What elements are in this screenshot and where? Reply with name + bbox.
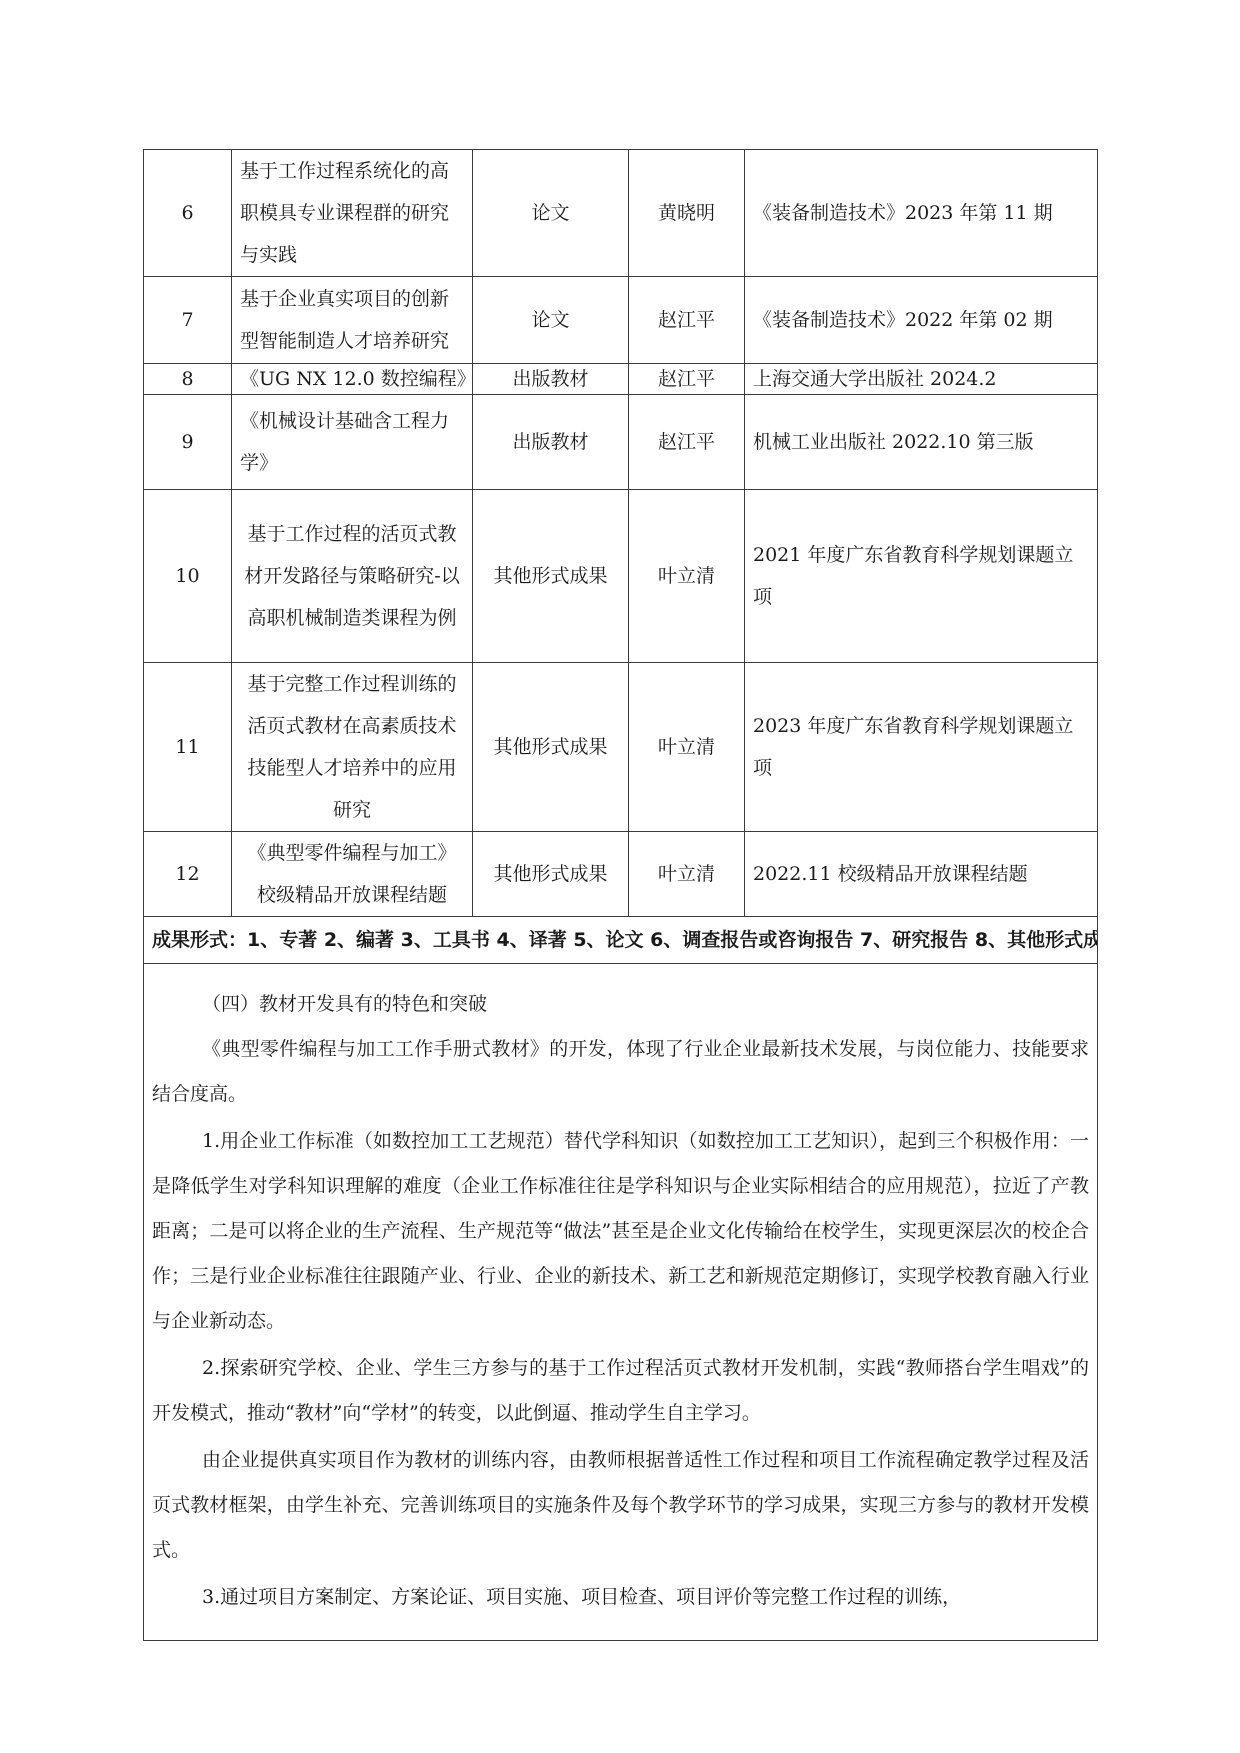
result-type: 出版教材 (473, 364, 629, 395)
result-source: 2021 年度广东省教育科学规划课题立项 (745, 490, 1098, 663)
result-type: 其他形式成果 (473, 663, 629, 832)
result-author: 叶立清 (629, 663, 745, 832)
paragraph: 2.探索研究学校、企业、学生三方参与的基于工作过程活页式教材开发机制，实践“教师… (152, 1346, 1089, 1436)
results-table: 6 基于工作过程系统化的高职模具专业课程群的研究与实践 论文 黄晓明 《装备制造… (143, 149, 1098, 1641)
result-type: 出版教材 (473, 395, 629, 490)
result-author: 叶立清 (629, 490, 745, 663)
paragraph: 《典型零件编程与加工工作手册式教材》的开发，体现了行业企业最新技术发展，与岗位能… (152, 1027, 1089, 1117)
result-type: 其他形式成果 (473, 490, 629, 663)
row-number: 10 (144, 490, 232, 663)
result-title: 基于工作过程的活页式教材开发路径与策略研究-以高职机械制造类课程为例 (232, 490, 473, 663)
result-author: 赵江平 (629, 395, 745, 490)
result-author: 赵江平 (629, 277, 745, 364)
result-source: 上海交通大学出版社 2024.2 (745, 364, 1098, 395)
result-source: 机械工业出版社 2022.10 第三版 (745, 395, 1098, 490)
result-source: 《装备制造技术》2023 年第 11 期 (745, 150, 1098, 277)
result-title: 《典型零件编程与加工》校级精品开放课程结题 (232, 832, 473, 917)
paragraph: 3.通过项目方案制定、方案论证、项目实施、项目检查、项目评价等完整工作过程的训练… (152, 1575, 1089, 1620)
result-title: 基于工作过程系统化的高职模具专业课程群的研究与实践 (232, 150, 473, 277)
result-source: 2023 年度广东省教育科学规划课题立项 (745, 663, 1098, 832)
row-number: 7 (144, 277, 232, 364)
result-type: 论文 (473, 150, 629, 277)
result-title: 《机械设计基础含工程力学》 (232, 395, 473, 490)
table-row: 8 《UG NX 12.0 数控编程》 出版教材 赵江平 上海交通大学出版社 2… (144, 364, 1098, 395)
paragraph: 由企业提供真实项目作为教材的训练内容，由教师根据普适性工作过程和项目工作流程确定… (152, 1438, 1089, 1573)
row-number: 6 (144, 150, 232, 277)
result-type: 论文 (473, 277, 629, 364)
table-row: 6 基于工作过程系统化的高职模具专业课程群的研究与实践 论文 黄晓明 《装备制造… (144, 150, 1098, 277)
row-number: 12 (144, 832, 232, 917)
row-number: 11 (144, 663, 232, 832)
result-source: 2022.11 校级精品开放课程结题 (745, 832, 1098, 917)
features-section: （四）教材开发具有的特色和突破 《典型零件编程与加工工作手册式教材》的开发，体现… (144, 964, 1098, 1641)
row-number: 8 (144, 364, 232, 395)
result-author: 赵江平 (629, 364, 745, 395)
result-type: 其他形式成果 (473, 832, 629, 917)
table-row: 10 基于工作过程的活页式教材开发路径与策略研究-以高职机械制造类课程为例 其他… (144, 490, 1098, 663)
result-title: 基于企业真实项目的创新型智能制造人才培养研究 (232, 277, 473, 364)
result-form-legend: 成果形式：1、专著 2、编著 3、工具书 4、译著 5、论文 6、调查报告或咨询… (144, 917, 1098, 964)
table-row: 11 基于完整工作过程训练的活页式教材在高素质技术技能型人才培养中的应用研究 其… (144, 663, 1098, 832)
table-row: 12 《典型零件编程与加工》校级精品开放课程结题 其他形式成果 叶立清 2022… (144, 832, 1098, 917)
result-author: 黄晓明 (629, 150, 745, 277)
paragraph: 1.用企业工作标准（如数控加工工艺规范）替代学科知识（如数控加工工艺知识），起到… (152, 1119, 1089, 1344)
result-title: 《UG NX 12.0 数控编程》 (232, 364, 473, 395)
table-row: 7 基于企业真实项目的创新型智能制造人才培养研究 论文 赵江平 《装备制造技术》… (144, 277, 1098, 364)
result-author: 叶立清 (629, 832, 745, 917)
document-page: 6 基于工作过程系统化的高职模具专业课程群的研究与实践 论文 黄晓明 《装备制造… (0, 0, 1240, 1753)
section-heading: （四）教材开发具有的特色和突破 (152, 982, 1089, 1027)
row-number: 9 (144, 395, 232, 490)
notes-row: 成果形式：1、专著 2、编著 3、工具书 4、译著 5、论文 6、调查报告或咨询… (144, 917, 1098, 964)
body-row: （四）教材开发具有的特色和突破 《典型零件编程与加工工作手册式教材》的开发，体现… (144, 964, 1098, 1641)
result-source: 《装备制造技术》2022 年第 02 期 (745, 277, 1098, 364)
table-row: 9 《机械设计基础含工程力学》 出版教材 赵江平 机械工业出版社 2022.10… (144, 395, 1098, 490)
result-title: 基于完整工作过程训练的活页式教材在高素质技术技能型人才培养中的应用研究 (232, 663, 473, 832)
